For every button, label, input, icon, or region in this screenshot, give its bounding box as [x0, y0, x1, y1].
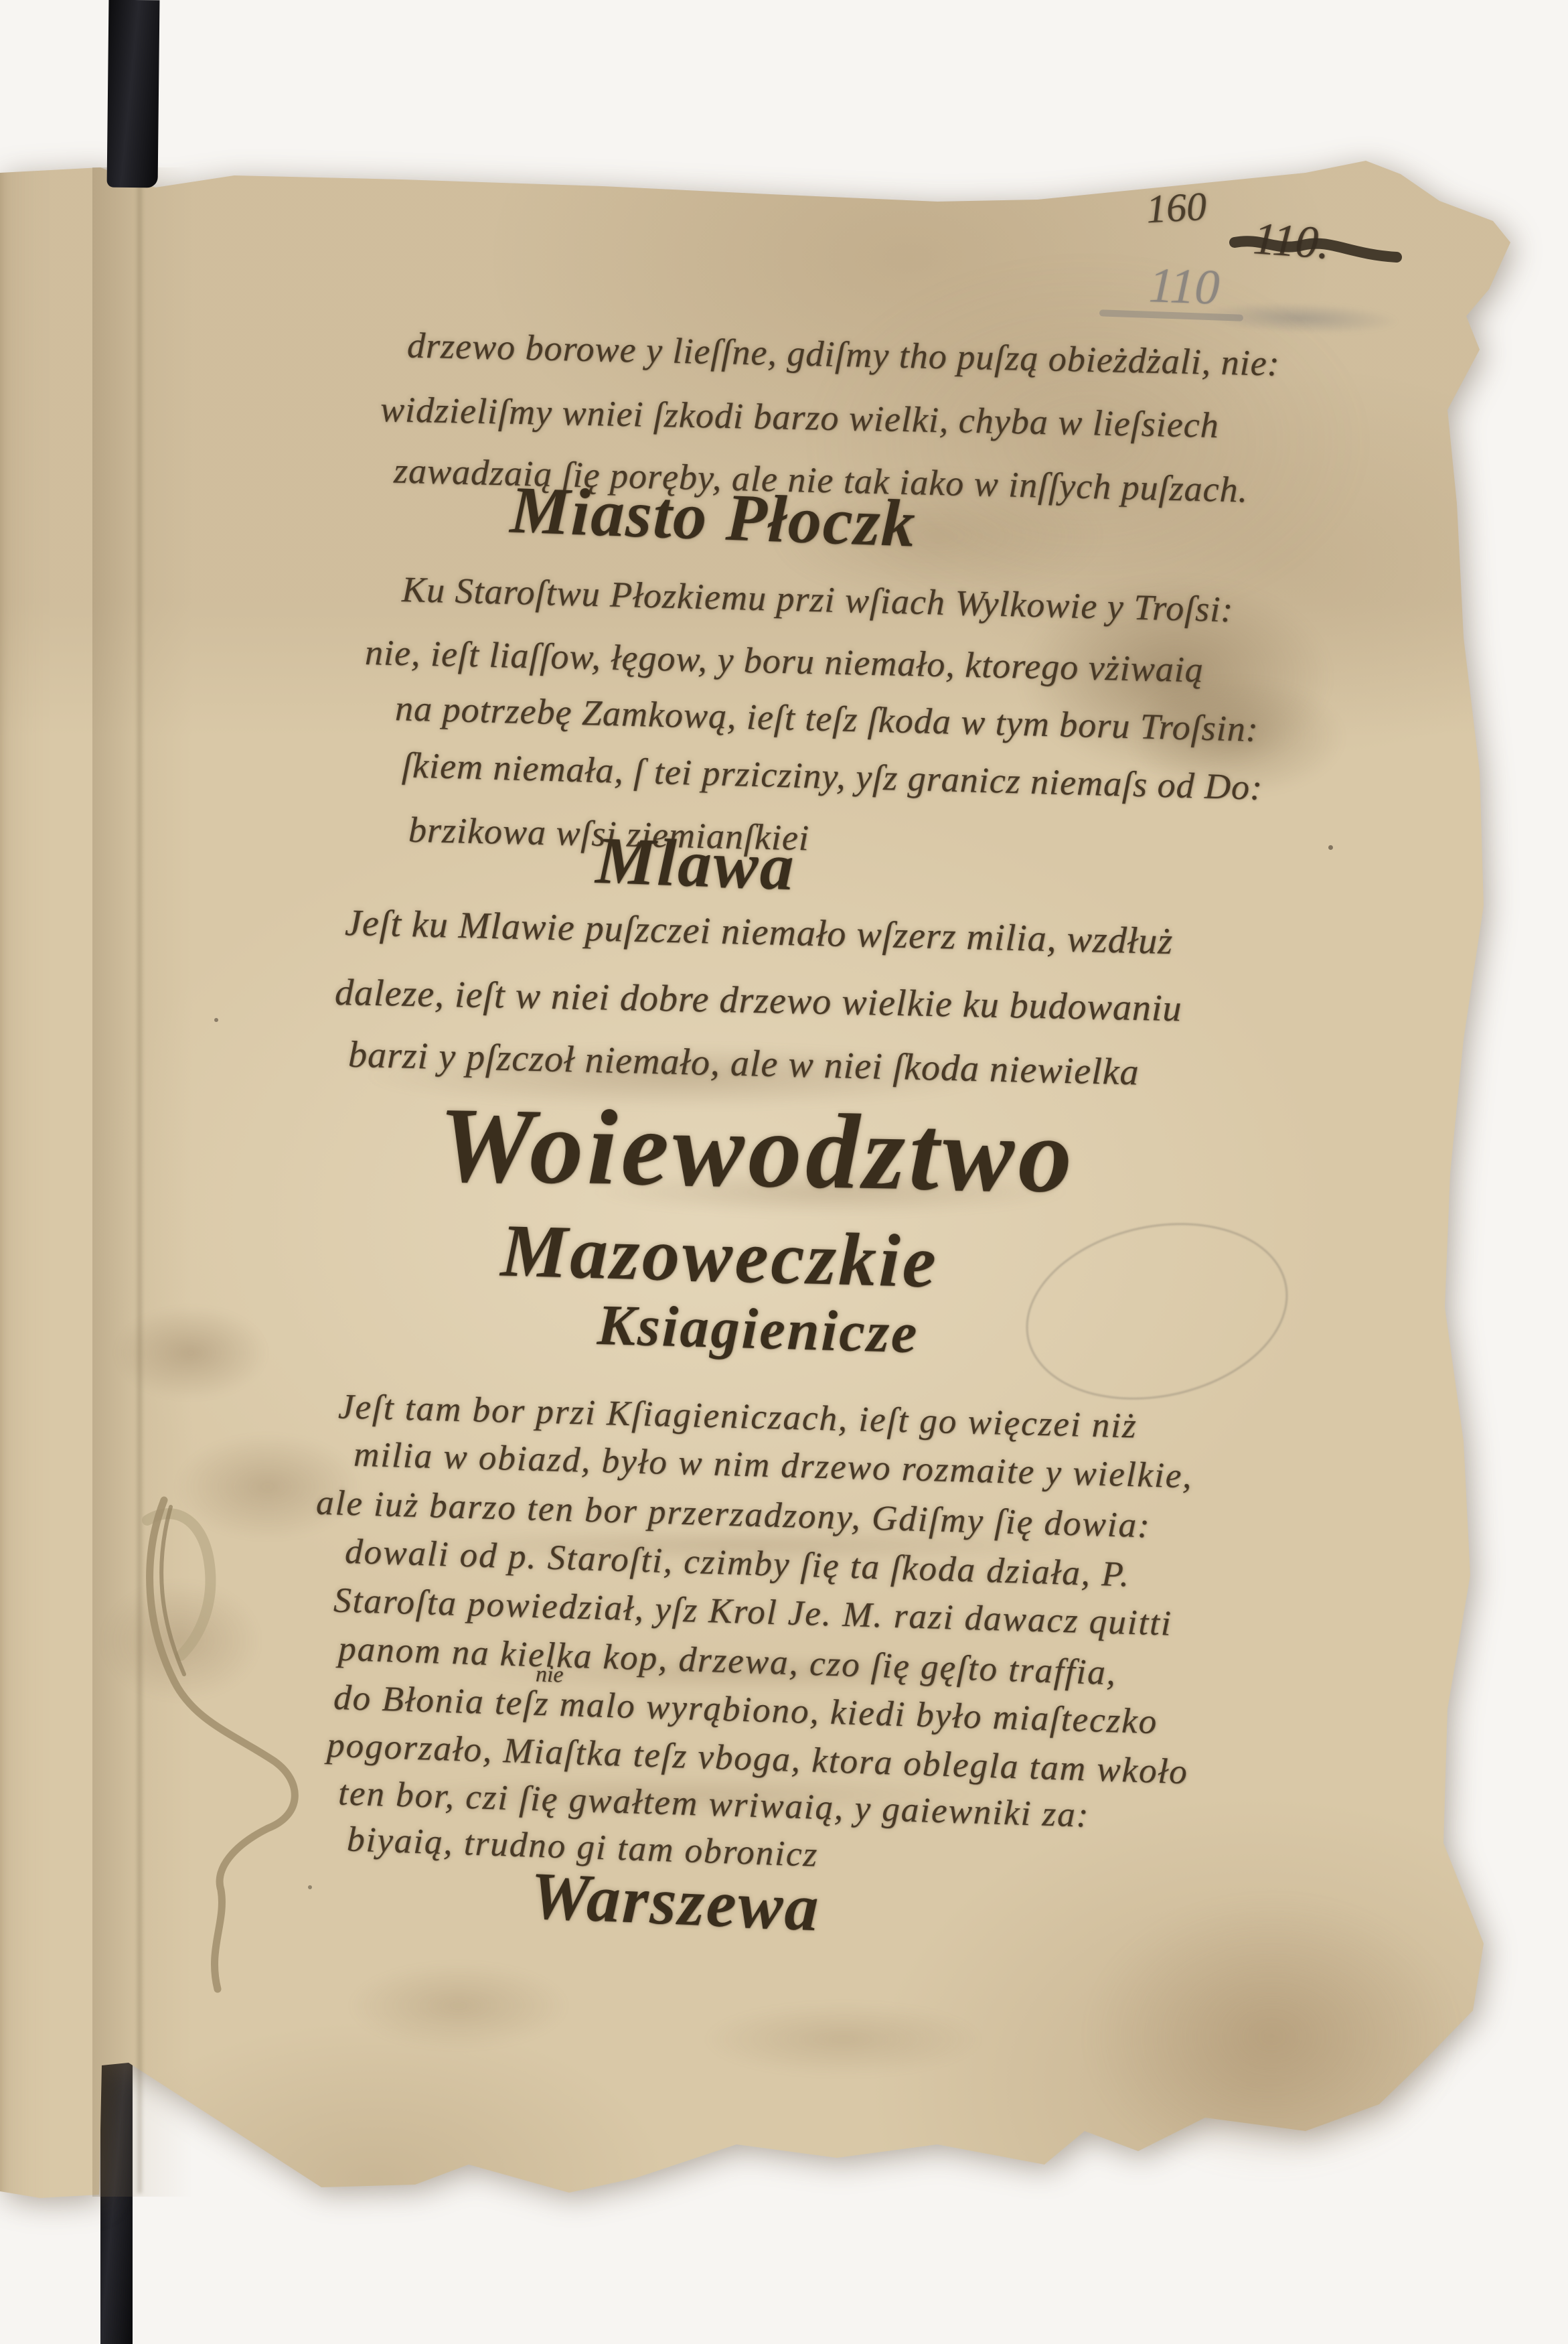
heading-woiewodztwo: Woiewodztwo [437, 1083, 1077, 1218]
ink-speck [214, 1018, 218, 1022]
heading-mazoweczkie: Mazoweczkie [499, 1207, 939, 1305]
folio-number-struck: 110. [1251, 212, 1331, 270]
folio-number-pencil: 110 [1148, 257, 1221, 317]
heading-warszewa: Warszewa [529, 1857, 822, 1947]
ink-speck [308, 1885, 312, 1889]
binding-ribbon-top [107, 0, 160, 188]
heading-miasto-ploczk: Miasto Płoczk [509, 471, 917, 562]
manuscript-scan: 160 110. 110 drzewo borowe y lieſſne, gd… [0, 0, 1568, 2344]
heading-ksiagienicze: Ksiagienicze [597, 1291, 920, 1367]
gutter-crease [137, 171, 142, 2193]
manuscript-superscript: nie [535, 1662, 564, 1688]
ink-speck [1328, 845, 1333, 850]
folio-number-ink: 160 [1145, 184, 1207, 233]
heading-mlawa: Mlawa [595, 822, 797, 905]
